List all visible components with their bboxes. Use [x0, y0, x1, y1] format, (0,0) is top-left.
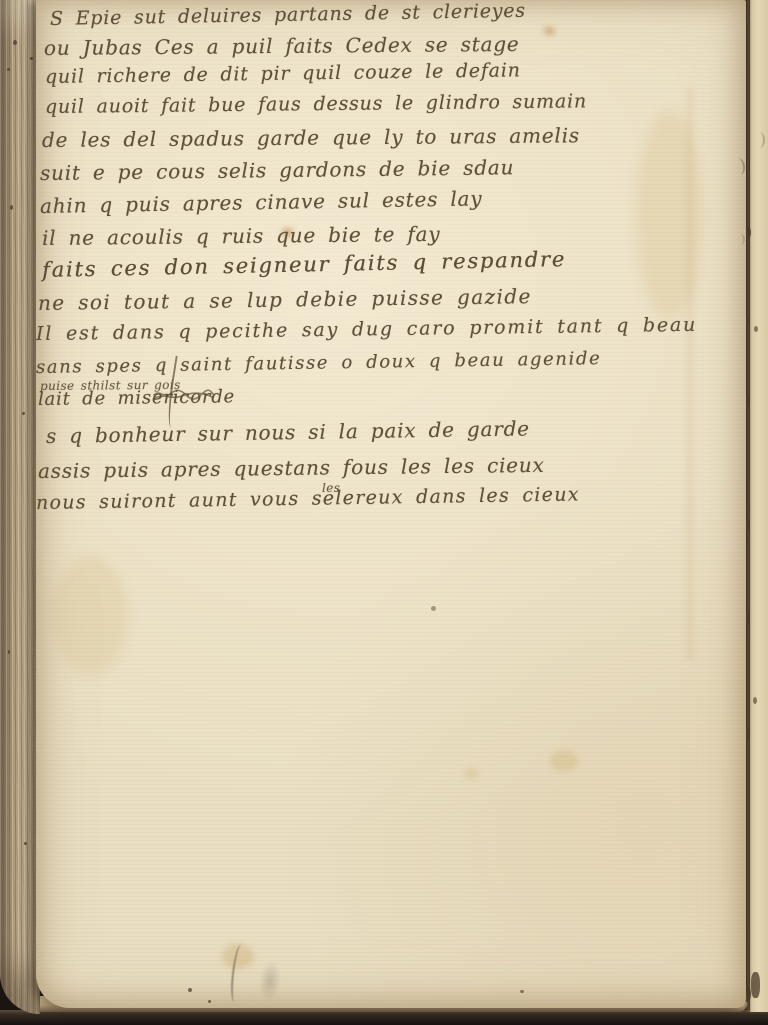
ink-bleed-mark: [733, 157, 746, 175]
stain-yellow: [550, 750, 578, 771]
foxing-spot: [544, 27, 555, 35]
fore-edge-speck: [8, 650, 10, 654]
fore-edge-speck: [24, 842, 27, 845]
manuscript-line: ahin q puis apres cinave sul estes lay: [40, 186, 483, 218]
book-fore-edge: [0, 0, 40, 1014]
manuscript-page: S Epie sut deluires partans de st clerie…: [36, 0, 746, 1008]
book-photograph: S Epie sut deluires partans de st clerie…: [0, 0, 768, 1025]
interlinear-word: les: [322, 481, 340, 495]
ink-bleed-mark: [753, 697, 757, 704]
manuscript-line: il ne acoulis q ruis que bie te fay: [42, 222, 441, 250]
manuscript-line: assis puis apres questans fous les les c…: [38, 453, 545, 483]
manuscript-line: suit e pe cous selis gardons de bie sdau: [40, 155, 515, 185]
speck: [188, 988, 192, 992]
book-cover-edge: [0, 1010, 768, 1025]
manuscript-line: quil richere de dit pir quil couze le de…: [45, 59, 521, 88]
fore-edge-speck: [10, 205, 13, 210]
ink-bleed-mark: [754, 326, 758, 332]
speck: [520, 990, 524, 993]
underlying-page-sliver: [750, 0, 768, 1012]
smudge-gray: [256, 957, 285, 1005]
manuscript-line: nous suiront aunt vous selereux dans les…: [36, 483, 580, 514]
fore-edge-speck: [30, 57, 33, 60]
ink-bleed-mark: [751, 972, 760, 998]
stain-yellow: [52, 556, 128, 674]
manuscript-line: lait de misericorde: [38, 386, 235, 410]
manuscript-line: sans spes q saint fautisse o doux q beau…: [36, 348, 602, 378]
manuscript-line: de les del spadus garde que ly to uras a…: [42, 123, 580, 152]
ink-bleed-mark: [736, 234, 745, 245]
manuscript-line: Il est dans q pecithe say dug caro promi…: [36, 314, 697, 345]
foxing-spot: [431, 606, 436, 611]
stain-yellow: [464, 768, 479, 779]
manuscript-line: ou Jubas Ces a puil faits Cedex se stage: [44, 32, 520, 60]
manuscript-line: faits ces don seigneur faits q respandre: [42, 247, 566, 282]
ink-bleed-mark: [755, 132, 765, 148]
paper-crease: [684, 88, 696, 660]
manuscript-line: s q bonheur sur nous si la paix de garde: [46, 416, 530, 448]
manuscript-line: quil auoit fait bue faus dessus le glind…: [45, 90, 587, 118]
manuscript-line: S Epie sut deluires partans de st clerie…: [50, 0, 526, 30]
fore-edge-speck: [13, 40, 17, 45]
speck: [208, 1000, 211, 1003]
fore-edge-speck: [22, 412, 25, 415]
fore-edge-speck: [7, 68, 10, 71]
manuscript-line: ne soi tout a se lup debie puisse gazide: [38, 284, 532, 315]
